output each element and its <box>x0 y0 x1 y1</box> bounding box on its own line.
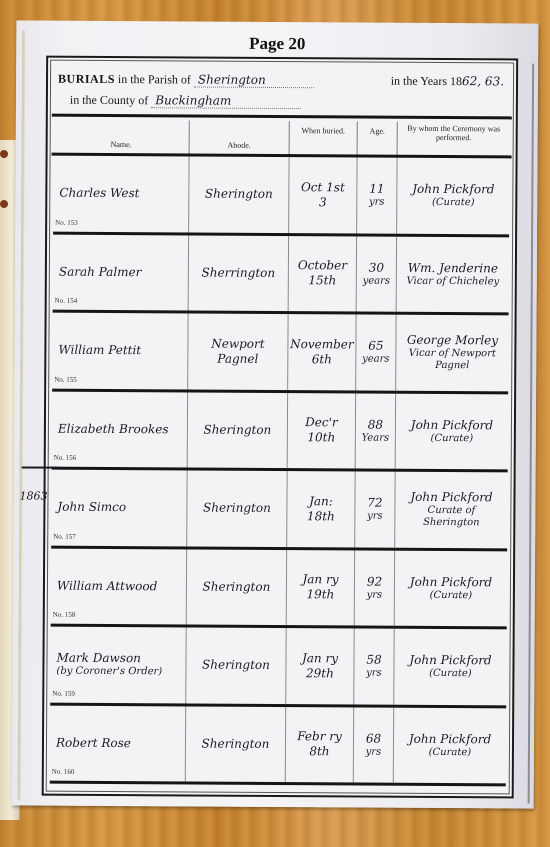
entry-officiant-title: (Curate) <box>429 746 472 759</box>
entry-buried: Oct 1st <box>301 180 345 195</box>
entry-name: Mark Dawson <box>56 651 141 667</box>
entry-buried: Febr ry <box>297 729 342 744</box>
entry-officiant: George Morley <box>407 333 498 349</box>
cell-age: 30years <box>357 236 397 312</box>
entry-number: No. 159 <box>52 689 75 698</box>
column-header-name: Name. <box>54 120 190 155</box>
column-header-age: Age. <box>358 122 398 156</box>
stain-mark <box>0 200 8 208</box>
cell-name: William Attwood No. 158 <box>51 548 187 624</box>
entry-buried-day: 6th <box>312 352 332 367</box>
entry-age-unit: Years <box>362 432 390 445</box>
years-label: in the Years 18 <box>391 74 462 88</box>
column-header-officiant: By whom the Ceremony was performed. <box>398 122 510 157</box>
column-header-when-buried: When buried. <box>290 121 358 155</box>
entry-name: William Pettit <box>58 343 141 359</box>
entry-age: 58 <box>366 653 381 668</box>
cell-when-buried: Jan:18th <box>287 471 355 547</box>
cell-age: 11yrs <box>357 157 397 233</box>
entry-age: 72 <box>367 496 382 511</box>
cell-name: Elizabeth Brookes No. 156 <box>52 391 188 467</box>
stain-mark <box>0 150 8 158</box>
entry-officiant: John Pickford <box>409 653 491 669</box>
cell-name: Sarah Palmer No. 154 <box>53 234 189 310</box>
entry-abode-line2: Pagnel <box>217 351 258 366</box>
table-row: Robert Rose No. 160 Sherington Febr ry8t… <box>50 705 506 786</box>
parish-line: BURIALS in the Parish of Sherington <box>58 72 314 89</box>
entries-list: Charles West No. 153 Sherington Oct 1st3… <box>50 156 510 787</box>
entry-age-unit: yrs <box>367 589 383 602</box>
entry-number: No. 157 <box>53 532 76 541</box>
entry-age: 11 <box>369 182 384 197</box>
entry-officiant-title: (Curate) <box>432 197 475 210</box>
cell-abode: Sherington <box>188 392 288 468</box>
entry-abode: Sherington <box>203 422 271 437</box>
entry-buried: Jan: <box>309 494 333 509</box>
entry-name: William Attwood <box>57 578 157 594</box>
cell-when-buried: November6th <box>288 314 356 390</box>
cell-officiant: John PickfordCurate ofSherington <box>395 472 507 548</box>
entry-age: 68 <box>366 731 381 746</box>
entry-abode: Newport <box>211 336 264 351</box>
column-header-abode: Abode. <box>190 120 290 155</box>
county-line: in the County of Buckingham <box>70 93 301 109</box>
table-row: Sarah Palmer No. 154 Sherrington October… <box>53 234 509 315</box>
margin-year-rule <box>22 466 58 468</box>
entry-number: No. 158 <box>53 611 76 620</box>
cell-name: William Pettit No. 155 <box>52 313 188 389</box>
county-label: in the County of <box>70 93 148 107</box>
parish-value: Sherington <box>194 72 314 88</box>
entry-buried: November <box>290 337 354 352</box>
entry-buried: Jan ry <box>302 572 338 587</box>
cell-abode: Sherington <box>186 627 286 703</box>
entry-age: 30 <box>369 260 384 275</box>
burial-register-table: BURIALS in the Parish of Sherington in t… <box>42 56 519 799</box>
entry-number: No. 156 <box>54 454 77 463</box>
entry-officiant: John Pickford <box>411 417 493 433</box>
table-row: 1863 John Simco No. 157 Sherington Jan:1… <box>51 470 507 551</box>
entry-officiant: John Pickford <box>410 490 492 506</box>
years-value: 62, 63. <box>462 74 504 88</box>
entry-age: 92 <box>367 574 382 589</box>
cell-when-buried: Jan ry29th <box>286 628 354 704</box>
entry-officiant-place: Pagnel <box>435 360 469 373</box>
page-title: Page 20 <box>16 32 538 55</box>
entry-officiant-title: (Curate) <box>431 432 474 445</box>
cell-when-buried: October15th <box>289 236 357 312</box>
entry-age: 88 <box>368 417 383 432</box>
entry-buried-day: 19th <box>306 587 334 602</box>
entry-abode: Sherington <box>202 579 270 594</box>
entry-abode: Sherrington <box>202 265 276 280</box>
cell-officiant: Wm. JenderineVicar of Chicheley <box>397 236 509 312</box>
entry-officiant: John Pickford <box>409 731 491 747</box>
cell-name: Robert Rose No. 160 <box>50 705 186 781</box>
cell-age: 88Years <box>356 393 396 469</box>
cell-age: 68yrs <box>354 707 394 783</box>
table-row: Charles West No. 153 Sherington Oct 1st3… <box>53 156 509 237</box>
table-row: Mark Dawson (by Coroner's Order) No. 159… <box>50 627 506 708</box>
cell-age: 58yrs <box>354 628 394 704</box>
entry-number: No. 154 <box>55 297 78 306</box>
cell-name: Mark Dawson (by Coroner's Order) No. 159 <box>50 627 186 703</box>
entry-age-unit: years <box>363 275 391 288</box>
cell-abode: Sherington <box>186 706 286 782</box>
entry-buried-day: 18th <box>307 509 335 524</box>
cell-age: 92yrs <box>355 550 395 626</box>
entry-age-unit: yrs <box>366 746 382 759</box>
column-headers: Name. Abode. When buried. Age. By whom t… <box>54 120 510 157</box>
cell-when-buried: Febr ry8th <box>286 707 354 783</box>
cell-abode: NewportPagnel <box>188 313 288 389</box>
cell-when-buried: Oct 1st3 <box>289 157 357 233</box>
entry-officiant: John Pickford <box>412 182 494 198</box>
cell-abode: Sherrington <box>189 235 289 311</box>
margin-year-note: 1863 <box>19 489 47 503</box>
cell-officiant: John Pickford(Curate) <box>394 629 506 705</box>
entry-buried: Jan ry <box>302 651 338 666</box>
register-page: Page 20 BURIALS in the Parish of Shering… <box>12 20 539 808</box>
cell-officiant: John Pickford(Curate) <box>395 550 507 626</box>
cell-abode: Sherington <box>187 549 287 625</box>
years-line: in the Years 1862, 63. <box>391 74 504 90</box>
entry-officiant-title: (Curate) <box>429 668 472 681</box>
entry-age-unit: yrs <box>369 197 385 210</box>
entry-name: Robert Rose <box>56 735 131 750</box>
entry-buried-day: 15th <box>308 273 336 288</box>
entry-age-unit: years <box>362 354 390 367</box>
entry-name: Charles West <box>59 186 139 201</box>
parish-label: in the Parish of <box>118 72 191 86</box>
entry-abode: Sherington <box>202 658 270 673</box>
entry-buried-day: 8th <box>309 744 329 759</box>
cell-age: 72yrs <box>355 471 395 547</box>
table-row: Elizabeth Brookes No. 156 Sherington Dec… <box>52 391 508 472</box>
cell-when-buried: Jan ry19th <box>287 550 355 626</box>
entry-age-unit: yrs <box>366 668 382 681</box>
entry-officiant-title: Curate of <box>428 505 476 518</box>
cell-officiant: George MorleyVicar of NewportPagnel <box>396 315 508 391</box>
entry-buried: October <box>298 258 347 273</box>
entry-abode: Sherington <box>203 501 271 516</box>
page-right-edge <box>528 64 535 804</box>
cell-abode: Sherington <box>189 156 289 232</box>
cell-when-buried: Dec'r10th <box>288 393 356 469</box>
entry-number: No. 153 <box>55 218 78 227</box>
entry-name-note: (by Coroner's Order) <box>56 666 162 679</box>
entry-officiant-place: Sherington <box>423 517 480 530</box>
table-row: William Attwood No. 158 Sherington Jan r… <box>51 548 507 629</box>
entry-number: No. 160 <box>52 768 75 777</box>
entry-officiant-title: Vicar of Chicheley <box>406 275 499 288</box>
table-row: William Pettit No. 155 NewportPagnel Nov… <box>52 313 508 394</box>
entry-number: No. 155 <box>54 375 77 384</box>
entry-buried-day: 10th <box>307 430 335 445</box>
entry-buried-day: 3 <box>319 195 327 210</box>
entry-name: Sarah Palmer <box>59 264 142 280</box>
cell-officiant: John Pickford(Curate) <box>394 707 506 783</box>
entry-abode: Sherington <box>202 736 270 751</box>
entry-officiant: Wm. Jenderine <box>408 260 498 276</box>
entry-officiant-title: (Curate) <box>430 589 473 602</box>
entry-officiant: John Pickford <box>410 574 492 590</box>
entry-name: Elizabeth Brookes <box>58 421 169 437</box>
page-left-edge <box>18 30 26 800</box>
cell-name: Charles West No. 153 <box>53 156 189 232</box>
cell-abode: Sherington <box>187 470 287 546</box>
register-header: BURIALS in the Parish of Sherington in t… <box>54 62 510 117</box>
cell-officiant: John Pickford(Curate) <box>397 158 509 234</box>
entry-age: 65 <box>368 339 383 354</box>
cell-age: 65years <box>356 314 396 390</box>
entry-officiant-title: Vicar of Newport <box>409 348 496 361</box>
entry-abode: Sherington <box>205 187 273 202</box>
county-value: Buckingham <box>151 93 301 109</box>
entry-buried-day: 29th <box>306 666 334 681</box>
entry-name: John Simco <box>57 500 126 515</box>
cell-officiant: John Pickford(Curate) <box>396 393 508 469</box>
cell-name: 1863 John Simco No. 157 <box>51 470 187 546</box>
heading-burials: BURIALS <box>58 72 115 86</box>
entry-age-unit: yrs <box>367 511 383 524</box>
entry-buried: Dec'r <box>305 415 338 430</box>
